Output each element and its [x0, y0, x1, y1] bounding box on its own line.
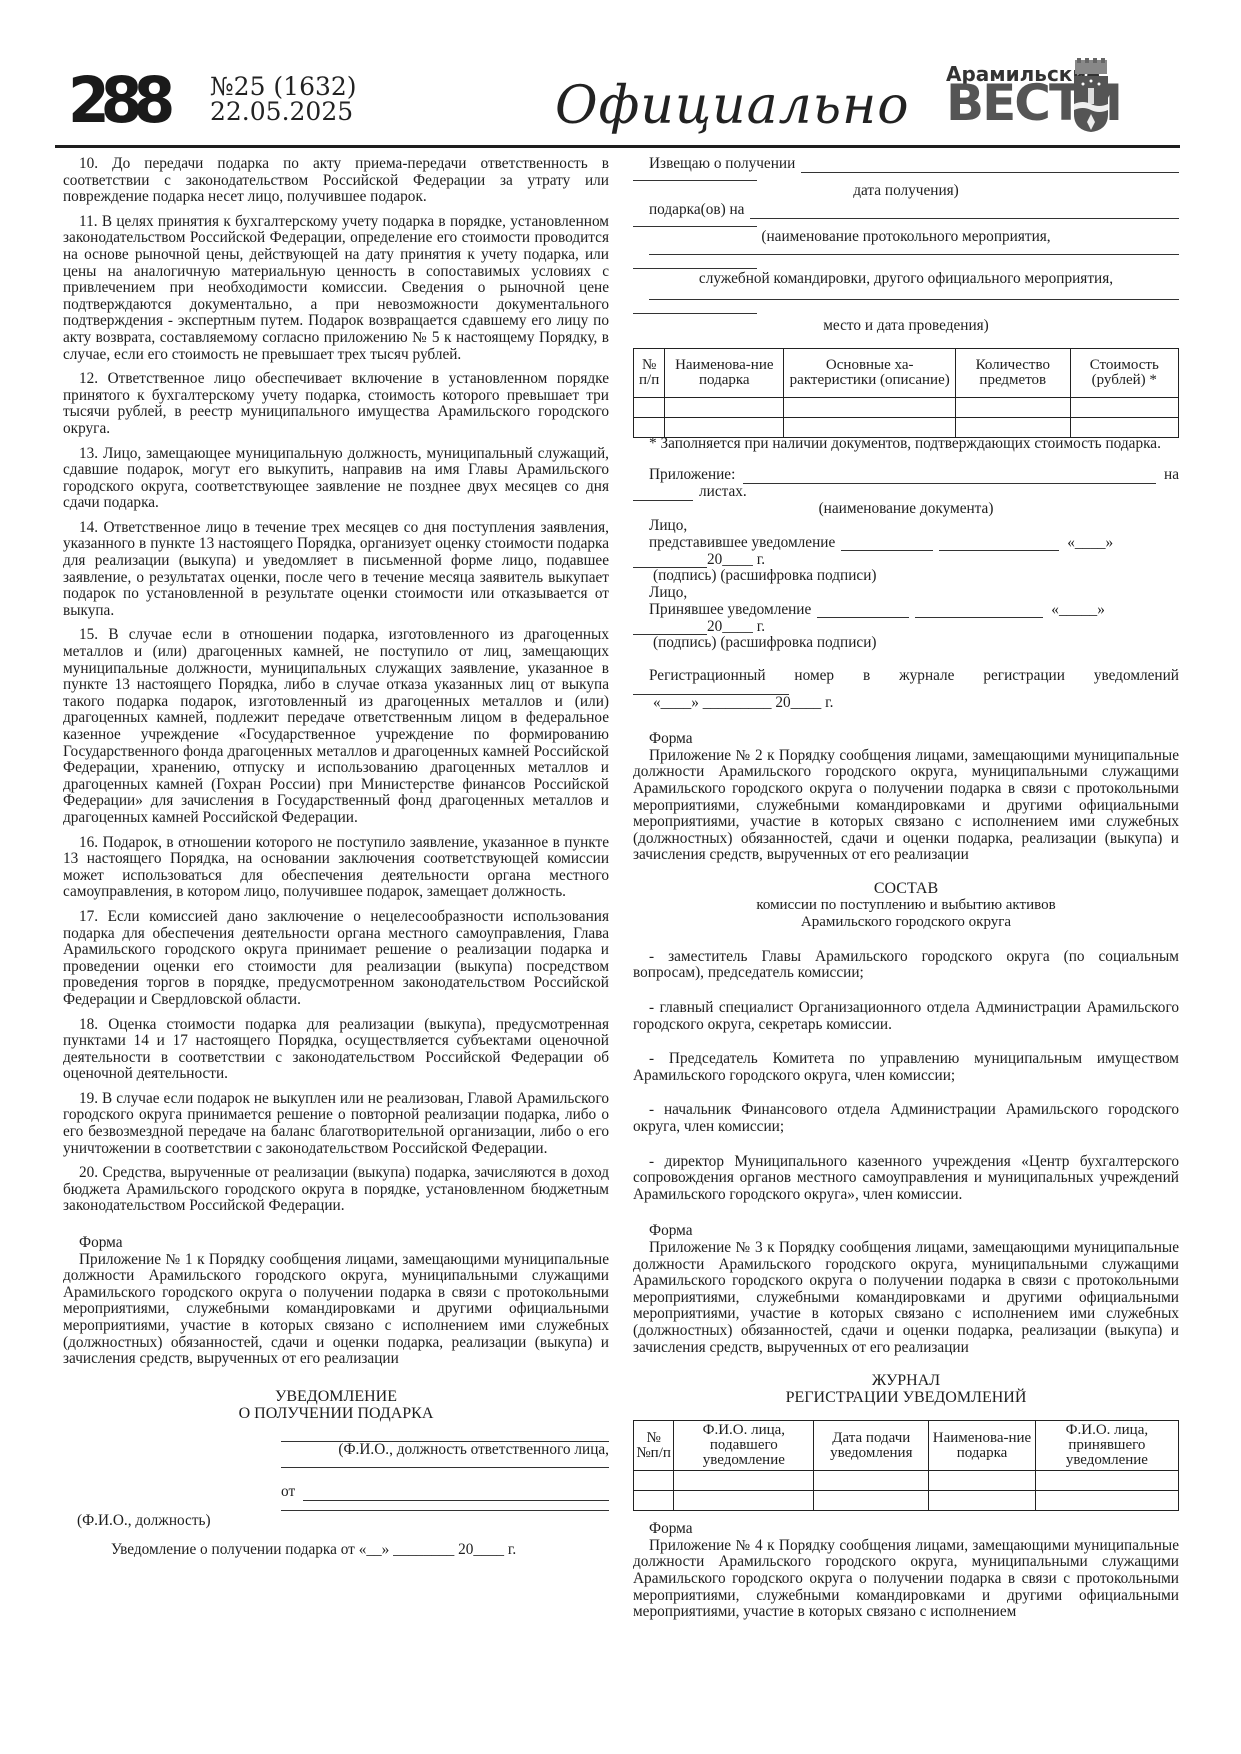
member-1: - заместитель Главы Арамильского городск… — [633, 949, 1179, 982]
registration-date[interactable]: «____» _________ 20____ г. — [633, 695, 1179, 712]
date-caption: дата получения) — [633, 183, 1179, 200]
member-5: - директор Муниципального казенного учре… — [633, 1154, 1179, 1204]
accepted-signature-field[interactable] — [817, 603, 909, 618]
masthead: 288 №25 (1632) 22.05.2025 Официально Ара… — [68, 36, 1183, 148]
journal-table-header-2: Ф.И.О. лица, подавшего уведомление — [674, 1421, 814, 1471]
journal-title-1: ЖУРНАЛ — [633, 1372, 1179, 1389]
table-cell[interactable] — [634, 1491, 674, 1511]
table-row — [634, 1491, 1179, 1511]
appendix3-text: Приложение № 3 к Порядку сообщения лицам… — [633, 1240, 1179, 1356]
submitted-day[interactable]: «____» — [1067, 535, 1113, 552]
table-cell[interactable] — [1070, 398, 1179, 418]
from-field[interactable] — [303, 1486, 609, 1501]
paragraph-12: 12. Ответственное лицо обеспечивает вклю… — [63, 371, 609, 437]
from-caption: (Ф.И.О., должность) — [77, 1513, 609, 1530]
event-field[interactable] — [750, 204, 1179, 219]
appendix3-form-label: Форма — [633, 1223, 1179, 1240]
event-caption-2: служебной командировки, другого официаль… — [633, 271, 1179, 288]
gift-table-header-4: Количество предметов — [956, 349, 1070, 398]
journal-table-header-5: Ф.И.О. лица, принявшего уведомление — [1035, 1421, 1178, 1471]
logo-288: 288 — [68, 70, 166, 133]
appendix1-form-label: Форма — [63, 1235, 609, 1252]
footnote: * Заполняется при наличии документов, по… — [633, 436, 1179, 453]
appendix2-text: Приложение № 2 к Порядку сообщения лицам… — [633, 748, 1179, 864]
gift-table: № п/пНаименова-ние подаркаОсновные ха-ра… — [633, 348, 1179, 438]
table-cell[interactable] — [929, 1491, 1036, 1511]
appendix1-text: Приложение № 1 к Порядку сообщения лицам… — [63, 1252, 609, 1368]
table-cell[interactable] — [929, 1471, 1036, 1491]
appendix4-form-label: Форма — [633, 1521, 1179, 1538]
signature-caption-1: (подпись) (расшифровка подписи) — [633, 568, 1179, 585]
person-label-1: Лицо, — [633, 518, 1179, 535]
sheets-label: листах. — [699, 484, 747, 501]
event-caption-3: место и дата проведения) — [633, 318, 1179, 335]
attachment-field[interactable] — [743, 469, 1156, 484]
blank-line — [633, 179, 757, 181]
event-field-3[interactable] — [649, 298, 1179, 300]
attachment-on: на — [1164, 467, 1179, 484]
submitted-month-field[interactable] — [633, 553, 707, 568]
table-row — [634, 398, 1179, 418]
accepted-name-field[interactable] — [915, 603, 1043, 618]
composition-subtitle-1: комиссии по поступлению и выбытию активо… — [633, 897, 1179, 914]
to-caption: (Ф.И.О., должность ответственного лица, — [281, 1442, 609, 1459]
accepted-label: Принявшее уведомление — [649, 602, 811, 619]
table-cell[interactable] — [634, 398, 665, 418]
gifts-label: подарка(ов) на — [649, 202, 744, 219]
member-2: - главный специалист Организационного от… — [633, 1000, 1179, 1033]
notice-line: Уведомление о получении подарка от «__» … — [111, 1542, 609, 1559]
table-cell[interactable] — [814, 1471, 929, 1491]
submitted-name-field[interactable] — [939, 536, 1059, 551]
table-cell[interactable] — [956, 398, 1070, 418]
gift-table-header-5: Стоимость (рублей) * — [1070, 349, 1179, 398]
table-cell[interactable] — [814, 1491, 929, 1511]
document-caption: (наименование документа) — [633, 501, 1179, 518]
signature-caption-2: (подпись) (расшифровка подписи) — [633, 635, 1179, 652]
gift-table-header-3: Основные ха-рактеристики (описание) — [784, 349, 956, 398]
table-row — [634, 1471, 1179, 1491]
appendix2-form-label: Форма — [633, 731, 1179, 748]
blank-line — [633, 312, 757, 314]
table-cell[interactable] — [1035, 1491, 1178, 1511]
paragraph-10: 10. До передачи подарка по акту приема-п… — [63, 156, 609, 206]
table-cell[interactable] — [674, 1471, 814, 1491]
composition-title: СОСТАВ — [633, 880, 1179, 897]
accepted-day[interactable]: «_____» — [1051, 602, 1105, 619]
paragraph-20: 20. Средства, вырученные от реализации (… — [63, 1165, 609, 1215]
journal-table-header-1: № №п/п — [634, 1421, 674, 1471]
table-cell[interactable] — [665, 398, 784, 418]
paragraph-17: 17. Если комиссией дано заключение о нец… — [63, 909, 609, 1009]
accepted-month-field[interactable] — [633, 620, 707, 635]
paragraph-18: 18. Оценка стоимости подарка для реализа… — [63, 1017, 609, 1083]
submitted-label: представившее уведомление — [649, 535, 835, 552]
coat-of-arms-icon — [1071, 58, 1111, 133]
newspaper-brand: Арамильские ВЕСТИ — [946, 62, 1186, 142]
from-label: от — [281, 1484, 295, 1501]
right-column: Извещаю о получении дата получения) пода… — [633, 156, 1179, 1621]
from-line-2[interactable] — [281, 1509, 609, 1511]
gift-table-header-2: Наименова-ние подарка — [665, 349, 784, 398]
paragraph-14: 14. Ответственное лицо в течение трех ме… — [63, 520, 609, 620]
blank-line — [633, 225, 757, 227]
section-title: Официально — [555, 76, 910, 136]
event-caption-1: (наименование протокольного мероприятия, — [633, 229, 1179, 246]
table-cell[interactable] — [1035, 1471, 1178, 1491]
table-cell[interactable] — [634, 1471, 674, 1491]
notice-title-1: УВЕДОМЛЕНИЕ — [63, 1388, 609, 1405]
registration-label: Регистрационный номер в журнале регистра… — [633, 668, 1179, 685]
sheets-field[interactable] — [633, 486, 693, 501]
member-4: - начальник Финансового отдела Администр… — [633, 1102, 1179, 1135]
person-label-2: Лицо, — [633, 585, 1179, 602]
journal-title-2: РЕГИСТРАЦИИ УВЕДОМЛЕНИЙ — [633, 1389, 1179, 1406]
blank-line — [633, 267, 757, 269]
to-line-2[interactable] — [281, 1466, 609, 1468]
submitted-year[interactable]: 20____ г. — [707, 552, 765, 569]
issue-date: 22.05.2025 — [210, 99, 357, 124]
gift-received-field[interactable] — [801, 158, 1179, 173]
paragraph-15: 15. В случае если в отношении подарка, и… — [63, 627, 609, 826]
paragraph-16: 16. Подарок, в отношении которого не пос… — [63, 835, 609, 901]
notice-title-2: О ПОЛУЧЕНИИ ПОДАРКА — [63, 1405, 609, 1422]
issue-number: №25 (1632) — [210, 74, 357, 99]
header-rule — [55, 145, 1180, 148]
paragraph-19: 19. В случае если подарок не выкуплен ил… — [63, 1091, 609, 1157]
member-3: - Председатель Комитета по управлению му… — [633, 1051, 1179, 1084]
journal-table-header-4: Наименова-ние подарка — [929, 1421, 1036, 1471]
paragraph-13: 13. Лицо, замещающее муниципальную должн… — [63, 446, 609, 512]
attachment-label: Приложение: — [649, 467, 735, 484]
gift-table-header-1: № п/п — [634, 349, 665, 398]
notify-label: Извещаю о получении — [649, 156, 795, 173]
journal-table: № №п/пФ.И.О. лица, подавшего уведомление… — [633, 1420, 1179, 1511]
composition-subtitle-2: Арамильского городского округа — [633, 914, 1179, 931]
appendix4-text: Приложение № 4 к Порядку сообщения лицам… — [633, 1538, 1179, 1621]
journal-table-header-3: Дата подачи уведомления — [814, 1421, 929, 1471]
paragraph-11: 11. В целях принятия к бухгалтерскому уч… — [63, 214, 609, 363]
left-column: 10. До передачи подарка по акту приема-п… — [63, 156, 609, 1558]
issue-info: №25 (1632) 22.05.2025 — [210, 74, 357, 124]
table-cell[interactable] — [674, 1491, 814, 1511]
table-cell[interactable] — [784, 398, 956, 418]
event-field-2[interactable] — [649, 253, 1179, 255]
submitted-signature-field[interactable] — [841, 536, 933, 551]
accepted-year[interactable]: 20____ г. — [707, 619, 765, 636]
